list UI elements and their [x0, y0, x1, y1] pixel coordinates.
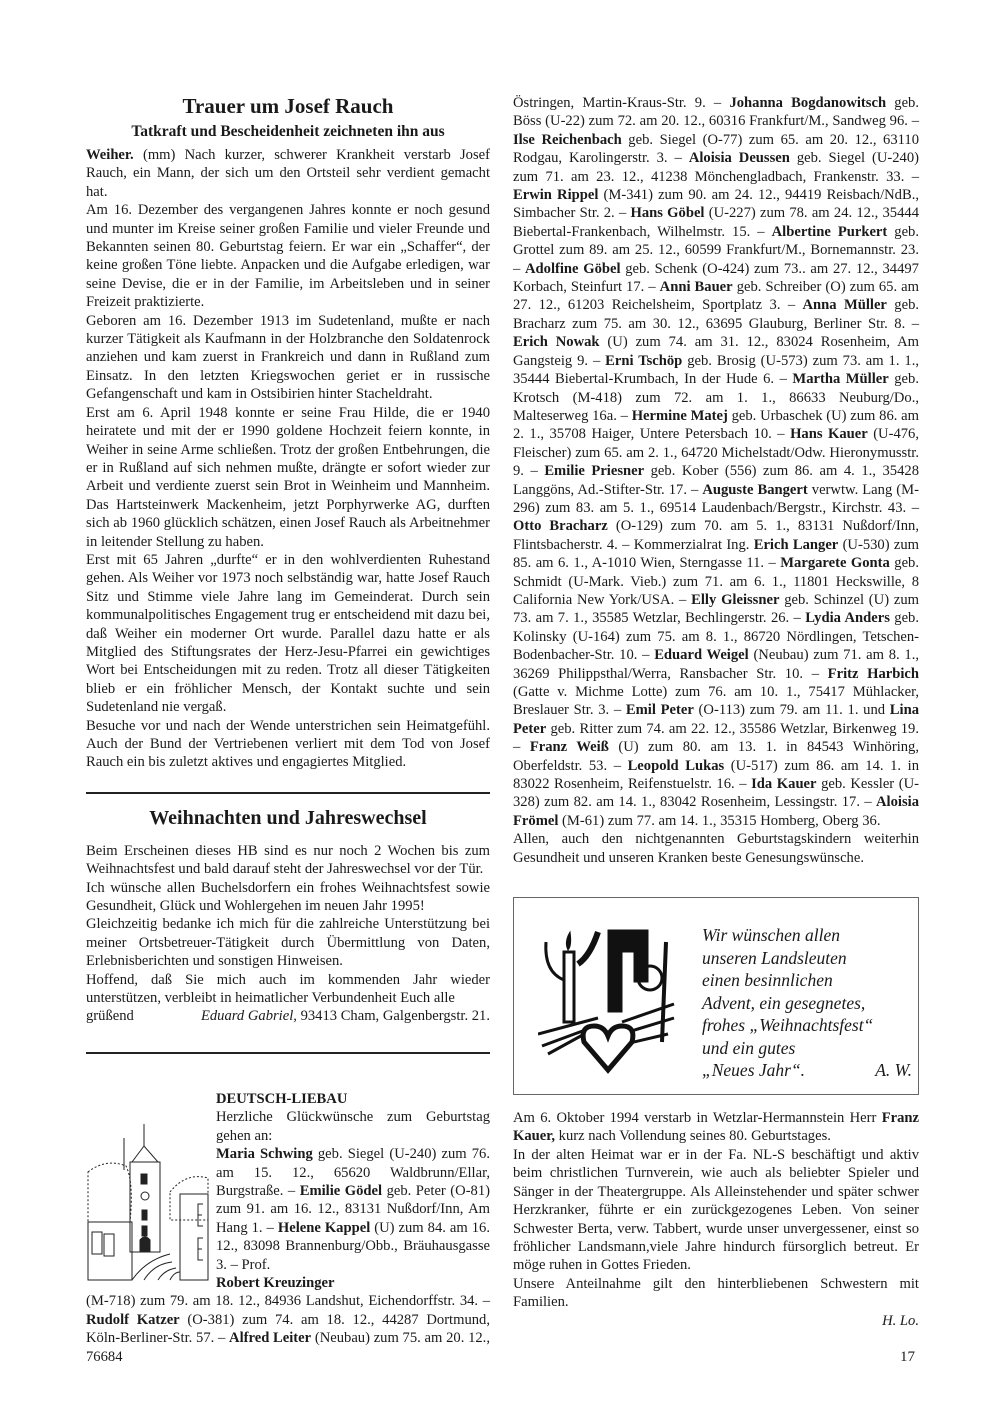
birthday-name: Anni Bauer [660, 279, 733, 295]
rauch-paragraph: Besuche vor und nach der Wende unterstri… [86, 717, 490, 772]
deutsch-liebau-section: DEUTSCH-LIEBAU Herzliche Glückwünsche zu… [86, 1090, 490, 1366]
birthday-list-part2: Robert Kreuzinger [216, 1274, 490, 1292]
birthday-name: Johanna Bogdanowitsch [729, 95, 886, 111]
birthday-name: Maria Schwing [216, 1146, 313, 1162]
birthday-name: Lydia Anders [805, 610, 890, 626]
birthday-name: Albertine Purkert [772, 224, 888, 240]
birthday-list-part1: Maria Schwing geb. Siegel (U-240) zum 76… [216, 1145, 490, 1274]
birthday-name: Margarete Gonta [780, 555, 890, 571]
birthday-name: Auguste Bangert [702, 482, 807, 498]
weihnachten-paragraph: Hoffend, daß Sie mich auch im kommenden … [86, 971, 490, 1008]
birthday-name: Hermine Matej [632, 408, 728, 424]
weihnachten-paragraph: Beim Erscheinen dieses HB sind es nur no… [86, 842, 490, 879]
birthday-name: Emilie Priesner [544, 463, 644, 479]
page-number: 17 [900, 1349, 915, 1366]
birthday-list-part3: (M-718) zum 79. am 18. 12., 84936 Landsh… [86, 1292, 490, 1366]
birthday-name: Adolfine Göbel [525, 261, 621, 277]
rauch-paragraph: Geboren am 16. Dezember 1913 im Sudetenl… [86, 312, 490, 404]
weihnachten-paragraph: Gleichzeitig bedanke ich mich für die za… [86, 915, 490, 970]
birthday-name: Alfred Leiter [229, 1330, 311, 1346]
rauch-paragraph: Weiher. (mm) Nach kurzer, schwerer Krank… [86, 146, 490, 201]
village-church-sketch-icon [86, 1122, 210, 1282]
birthday-name: Emil Peter [626, 702, 694, 718]
signature-name: Eduard Gabriel, [201, 1008, 297, 1024]
weihnachten-paragraph: Ich wünsche allen Buchelsdorfern ein fro… [86, 879, 490, 916]
birthday-name: Hans Göbel [631, 205, 705, 221]
birthday-name: Robert Kreuzinger [216, 1275, 334, 1291]
birthday-name: Fritz Harbich [828, 666, 919, 682]
rauch-headline: Trauer um Josef Rauch [86, 94, 490, 118]
birthday-name: Aloisia Deussen [689, 150, 790, 166]
greeting-text: Wir wünschen allen unseren Landsleuten e… [702, 924, 912, 1082]
christmas-greeting-box: Wir wünschen allen unseren Landsleuten e… [513, 897, 919, 1095]
birthday-closing: Allen, auch den nichtgenannten Geburtsta… [513, 830, 919, 867]
birthday-name: Rudolf Katzer [86, 1312, 180, 1328]
obituary-signature: H. Lo. [882, 1313, 919, 1329]
birthday-name: Elly Gleissner [691, 592, 779, 608]
birthday-name: Erwin Rippel [513, 187, 598, 203]
signature-address: 93413 Cham, Galgenbergstr. 21. [301, 1008, 490, 1024]
deutsch-liebau-intro: Herzliche Glückwünsche zum Geburtstag ge… [216, 1108, 490, 1145]
birthday-name: Martha Müller [792, 371, 888, 387]
birthday-name: Erich Nowak [513, 334, 600, 350]
obituary-kauer: Am 6. Oktober 1994 verstarb in Wetzlar-H… [513, 1109, 919, 1330]
rauch-paragraph: Am 16. Dezember des vergangenen Jahres k… [86, 201, 490, 311]
left-column: Trauer um Josef Rauch Tatkraft und Besch… [86, 94, 490, 1366]
birthday-list-continued: Östringen, Martin-Kraus-Str. 9. – Johann… [513, 94, 919, 830]
birthday-name: Otto Bracharz [513, 518, 608, 534]
rauch-paragraph: Erst am 6. April 1948 konnte er seine Fr… [86, 404, 490, 551]
rauch-subheadline: Tatkraft und Bescheidenheit zeichneten i… [86, 122, 490, 142]
right-column: Östringen, Martin-Kraus-Str. 9. – Johann… [513, 94, 919, 1330]
birthday-name: Erni Tschöp [605, 353, 682, 369]
rauch-paragraph: Erst mit 65 Jahren „durfte“ er in den wo… [86, 551, 490, 717]
advent-candle-heart-icon [538, 922, 678, 1082]
birthday-name: Erich Langer [754, 537, 839, 553]
birthday-name: Anna Müller [803, 297, 887, 313]
birthday-name: Emilie Gödel [300, 1183, 382, 1199]
birthday-name: Eduard Weigel [654, 647, 749, 663]
weihnachten-headline: Weihnachten und Jahreswechsel [86, 806, 490, 830]
birthday-name: Franz Weiß [530, 739, 609, 755]
rauch-dateline: Weiher. [86, 147, 134, 163]
section-divider [86, 1052, 490, 1054]
birthday-name: Ida Kauer [751, 776, 816, 792]
greeting-initials: A. W. [875, 1059, 912, 1082]
birthday-name: Hans Kauer [790, 426, 868, 442]
weihnachten-signature-row: grüßend Eduard Gabriel, 93413 Cham, Galg… [86, 1007, 490, 1025]
birthday-name: Ilse Reichenbach [513, 132, 622, 148]
section-divider [86, 792, 490, 794]
birthday-name: Leopold Lukas [628, 758, 725, 774]
deutsch-liebau-title: DEUTSCH-LIEBAU [216, 1090, 490, 1108]
birthday-name: Helene Kappel [278, 1220, 370, 1236]
